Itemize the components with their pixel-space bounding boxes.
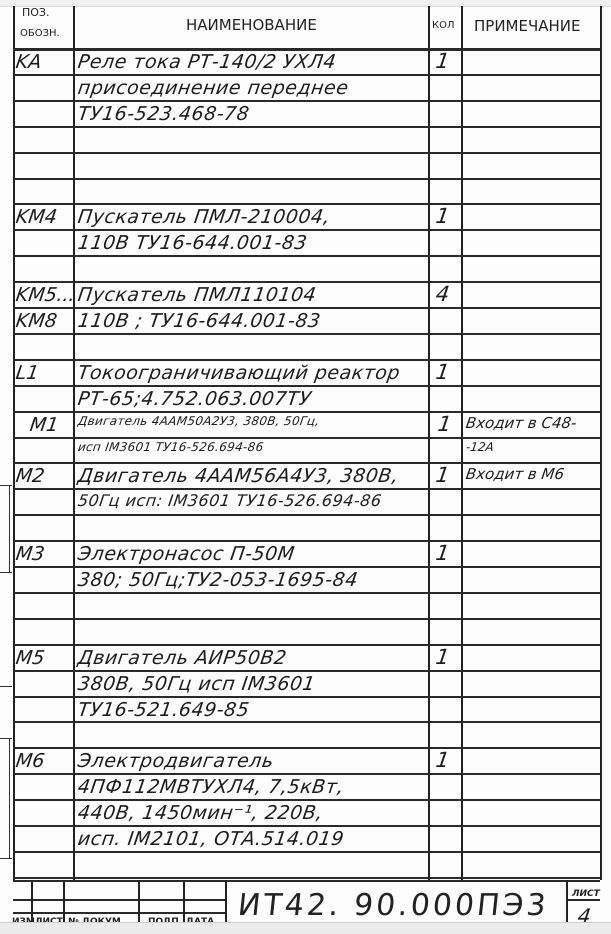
scan-bottom-edge [0,922,611,934]
position-code: KA [14,51,43,73]
position-code: M2 [14,465,46,487]
row-divider [13,488,600,490]
row-divider [13,74,600,76]
row-divider [13,152,600,154]
item-quantity: 1 [434,204,451,228]
margin-line [9,738,10,858]
row-divider [13,540,600,542]
item-quantity: 1 [434,49,451,73]
position-code: KM4 [14,206,58,228]
row-divider [13,773,600,775]
position-code: M5 [14,647,46,669]
row-divider [13,566,600,568]
item-quantity: 1 [434,463,451,487]
row-divider [13,851,600,853]
item-name: 380В, 50Гц исп IM3601 [76,673,316,695]
stamp-line [566,899,600,901]
item-name: Пускатель ПМЛ-210004, [76,206,331,228]
item-note: Входит в М6 [465,465,566,483]
stamp-line [13,899,225,901]
row-divider [13,126,600,128]
item-name: 380; 50Гц;ТУ2-053-1695-84 [76,569,359,591]
row-divider [13,255,600,257]
column-divider [600,6,602,880]
header-pos-line2: ОБОЗН. [20,28,60,39]
row-divider [13,307,600,309]
position-code: M3 [14,543,46,565]
row-divider [13,799,600,801]
position-code: KM8 [14,310,58,332]
item-name: присоединение переднее [76,77,350,99]
row-divider [13,877,600,879]
item-note: Входит в С48- [465,414,578,432]
row-divider [13,411,600,413]
row-divider [13,229,600,231]
item-quantity: 4 [434,282,451,306]
item-name: РТ-65;4.752.063.007ТУ [76,388,312,410]
column-divider [428,6,430,880]
item-name: Электродвигатель [76,750,275,772]
margin-line [9,485,10,572]
margin-tick [0,858,12,859]
specification-sheet: ПОЗ. ОБОЗН. НАИМЕНОВАНИЕ КОЛ ПРИМЕЧАНИЕ … [0,0,611,934]
row-divider [13,747,600,749]
item-quantity: 1 [434,748,451,772]
stamp-divider [225,880,227,922]
row-divider [13,462,600,464]
row-divider [13,644,600,646]
scan-top-edge [0,0,611,7]
item-name: Реле тока РТ-140/2 УХЛ4 [76,51,337,73]
item-name: Двигатель АИР50В2 [76,647,288,669]
item-name: Токоограничивающий реактор [76,362,401,384]
margin-tick [0,686,12,687]
row-divider [13,514,600,516]
item-name: 110В ; ТУ16-644.001-83 [76,310,322,332]
column-divider [461,6,463,880]
row-divider [13,437,600,439]
sheet-label: ЛИСТ [572,889,600,899]
item-name: исп. IM2101, ОТА.514.019 [76,828,345,850]
row-divider [13,670,600,672]
item-name: Пускатель ПМЛ110104 [76,284,317,306]
row-divider [13,592,600,594]
stamp-divider [63,880,65,922]
stamp-divider [183,880,185,922]
header-note: ПРИМЕЧАНИЕ [474,17,581,35]
position-code: L1 [14,362,40,384]
item-name: 4ПФ112МВТУХЛ4, 7,5кВт, [76,776,345,798]
stamp-divider [31,880,33,922]
row-divider [13,281,600,283]
row-divider [13,721,600,723]
item-quantity: 1 [436,412,453,436]
item-note: -12А [465,440,495,454]
item-name: Электронасос П-50М [76,543,296,565]
item-name: 440В, 1450мин⁻¹, 220В, [76,802,324,824]
position-code: KM5... [14,284,76,306]
row-divider [13,359,600,361]
item-name: Двигатель 4ААМ50А2У3, 380В, 50Гц, [77,414,321,428]
row-divider [13,618,600,620]
position-code: M1 [28,414,60,436]
row-divider [13,825,600,827]
document-code: ИТ42. 90.000ПЭ3 [236,888,550,923]
item-name: 110В ТУ16-644.001-83 [76,232,308,254]
header-pos-line1: ПОЗ. [22,6,49,19]
margin-tick [0,738,12,739]
column-divider [73,6,75,880]
item-name: 50Гц исп: IM3601 ТУ16-526.694-86 [77,491,383,510]
stamp-divider [566,880,568,922]
stamp-line [13,912,225,914]
row-divider [13,203,600,205]
row-divider [13,178,600,180]
header-qty: КОЛ [432,20,455,31]
margin-tick [0,485,12,486]
item-name: ТУ16-521.649-85 [76,699,250,721]
item-name: ТУ16-523.468-78 [76,103,250,125]
item-name: Двигатель 4ААМ56А4У3, 380В, [76,465,400,487]
header-name: НАИМЕНОВАНИЕ [186,16,317,34]
stamp-line [13,880,600,882]
margin-tick [0,572,12,573]
row-divider [13,696,600,698]
stamp-divider [138,880,140,922]
item-quantity: 1 [434,360,451,384]
item-quantity: 1 [434,541,451,565]
row-divider [13,100,600,102]
row-divider [13,385,600,387]
item-quantity: 1 [434,645,451,669]
row-divider [13,333,600,335]
column-divider [13,6,15,880]
item-name: исп IM3601 ТУ16-526.694-86 [77,440,265,454]
position-code: M6 [14,750,46,772]
